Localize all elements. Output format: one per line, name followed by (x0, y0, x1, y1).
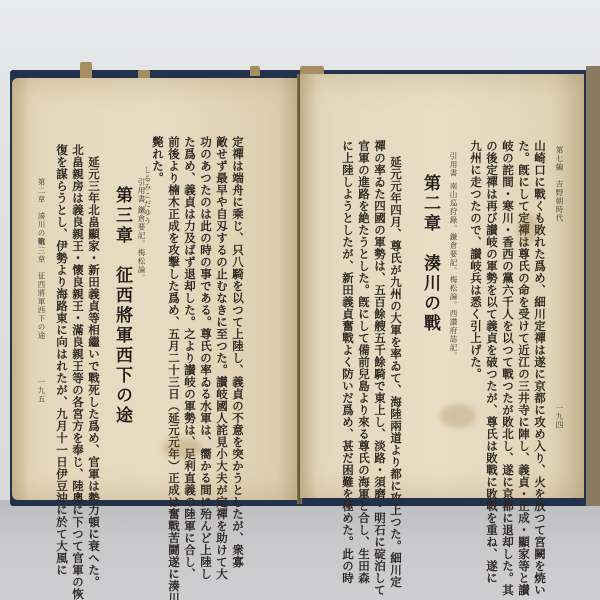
right-running-header: 第七編 吉野朝時代 (553, 146, 566, 223)
torn-paper-fragment (80, 62, 92, 78)
paper-stain (162, 438, 202, 458)
right-chapter-body-4: に上陸しようとしたが、新田義貞奮戰よく防いだ爲め、甚だ困難を極めた。此の時 (341, 140, 354, 440)
left-chapter-body-2: 北畠親房は義良親王・懷良親王・滿良親王等の各宮方を奉じ、陸奧に下つて官軍の恢 (71, 144, 84, 444)
left-page-number: 一九五 (35, 378, 48, 404)
paper-stain (518, 214, 538, 244)
left-body-col-1: 定禪は端舟に乘じ、只八騎を以つて上陸し、義貞の不意を突かうとしたが、衆寡 (231, 136, 244, 436)
right-body-col-2: た。旣にして定禪は尊氏の命を受けて近江の三井寺に陣し、義貞・正成・顯家等と讃 (517, 140, 530, 440)
left-body-col-5: 前後より楠木正成を攻撃した爲め、五月二十三日（延元元年）正成は奮戰苦鬪遂に湊川で (167, 136, 180, 436)
right-references-label: 引用書 (447, 152, 460, 178)
right-page-number: 一九四 (553, 404, 566, 430)
right-chapter-body-3: 官軍の進路を絶たうとした。旣にして備前兒島より來る尊氏の海軍と合し、生田森 (357, 140, 370, 440)
right-references: 南山巡狩錄。鎌倉要記。梅松論。西讃府誌記。 (447, 182, 460, 361)
left-body-col-4: た爲め、義貞は力及ばず退却した。之より讃岐の軍勢は、足利直義の陸軍に合し、 (183, 136, 196, 436)
right-page: 第七編 吉野朝時代 一九四 山崎口に戰くも敗れた爲め、細川定禪は遂に京都に攻め入… (300, 74, 584, 498)
left-references-label: 引用書 (135, 178, 148, 204)
left-footer-index-2: 第三章 征西將軍西下の途 (35, 238, 48, 340)
right-body-col-3: 岐の詫間・寒川・香西の黨六千人を以つて戰つたが敗北し、遂に京都に退却した。其 (501, 140, 514, 440)
right-chapter-body-1: 延元元年四月、尊氏が九州の大軍を率ゐて、海陸兩道より都に攻上つた。細川定 (389, 156, 402, 456)
left-page: 定禪は端舟に乘じ、只八騎を以つて上陸し、義貞の不意を突かうとしたが、衆寡 敵せず… (12, 78, 300, 500)
left-references: 鎌倉要記。梅松論。 (135, 206, 148, 283)
torn-paper-fragment (250, 66, 260, 76)
left-body-col-2: 敵せず最早や自刄するの止むなきに至つた。讃岐國人詫見小大夫が定禪を助けて大 (215, 136, 228, 436)
torn-paper-fragment (300, 66, 324, 74)
right-body-col-5: 九州に走つたので、讃岐兵は悉く引上げた。 (469, 140, 482, 380)
torn-paper-fragment (138, 70, 150, 78)
left-chapter-body-1: 延元三年北畠顯家・新田義貞等相繼いで戰死した爲め、官軍は勢力頓に衰へた。 (87, 156, 100, 456)
right-chapter-body-2: 禪の率ゐた四國の軍勢は、五百餘艘五千餘騎で東上し、淡路・須磨・明石に碇泊して (373, 140, 386, 440)
left-body-col-3: 功のあつたのは此の時の事である。尊氏の率ゐる水軍は、嚮かる間に殆んど上陸し (199, 136, 212, 436)
right-body-col-1: 山崎口に戰くも敗れた爲め、細川定禪は遂に京都に攻め入り、火を放つて宮闕を焼い (533, 140, 546, 440)
paper-stain (440, 404, 476, 428)
left-chapter-title: 第三章 征西將軍西下の途 (115, 186, 128, 426)
left-chapter-body-3: 復を謀らうとし、伊勢より海路東に向はれたが、九月十一日伊豆沖に於て大風に (55, 144, 68, 444)
right-body-col-4: の後定禪は再び讃岐の軍勢を以て義貞を破つたが、尊氏は敗戰に敗戰を重ね、遂に (485, 140, 498, 440)
right-chapter-title: 第二章 湊川の戰 (423, 174, 436, 334)
book-back-edge (586, 66, 600, 506)
left-footer-index-1: 第二章 湊川の戰 (35, 178, 48, 246)
